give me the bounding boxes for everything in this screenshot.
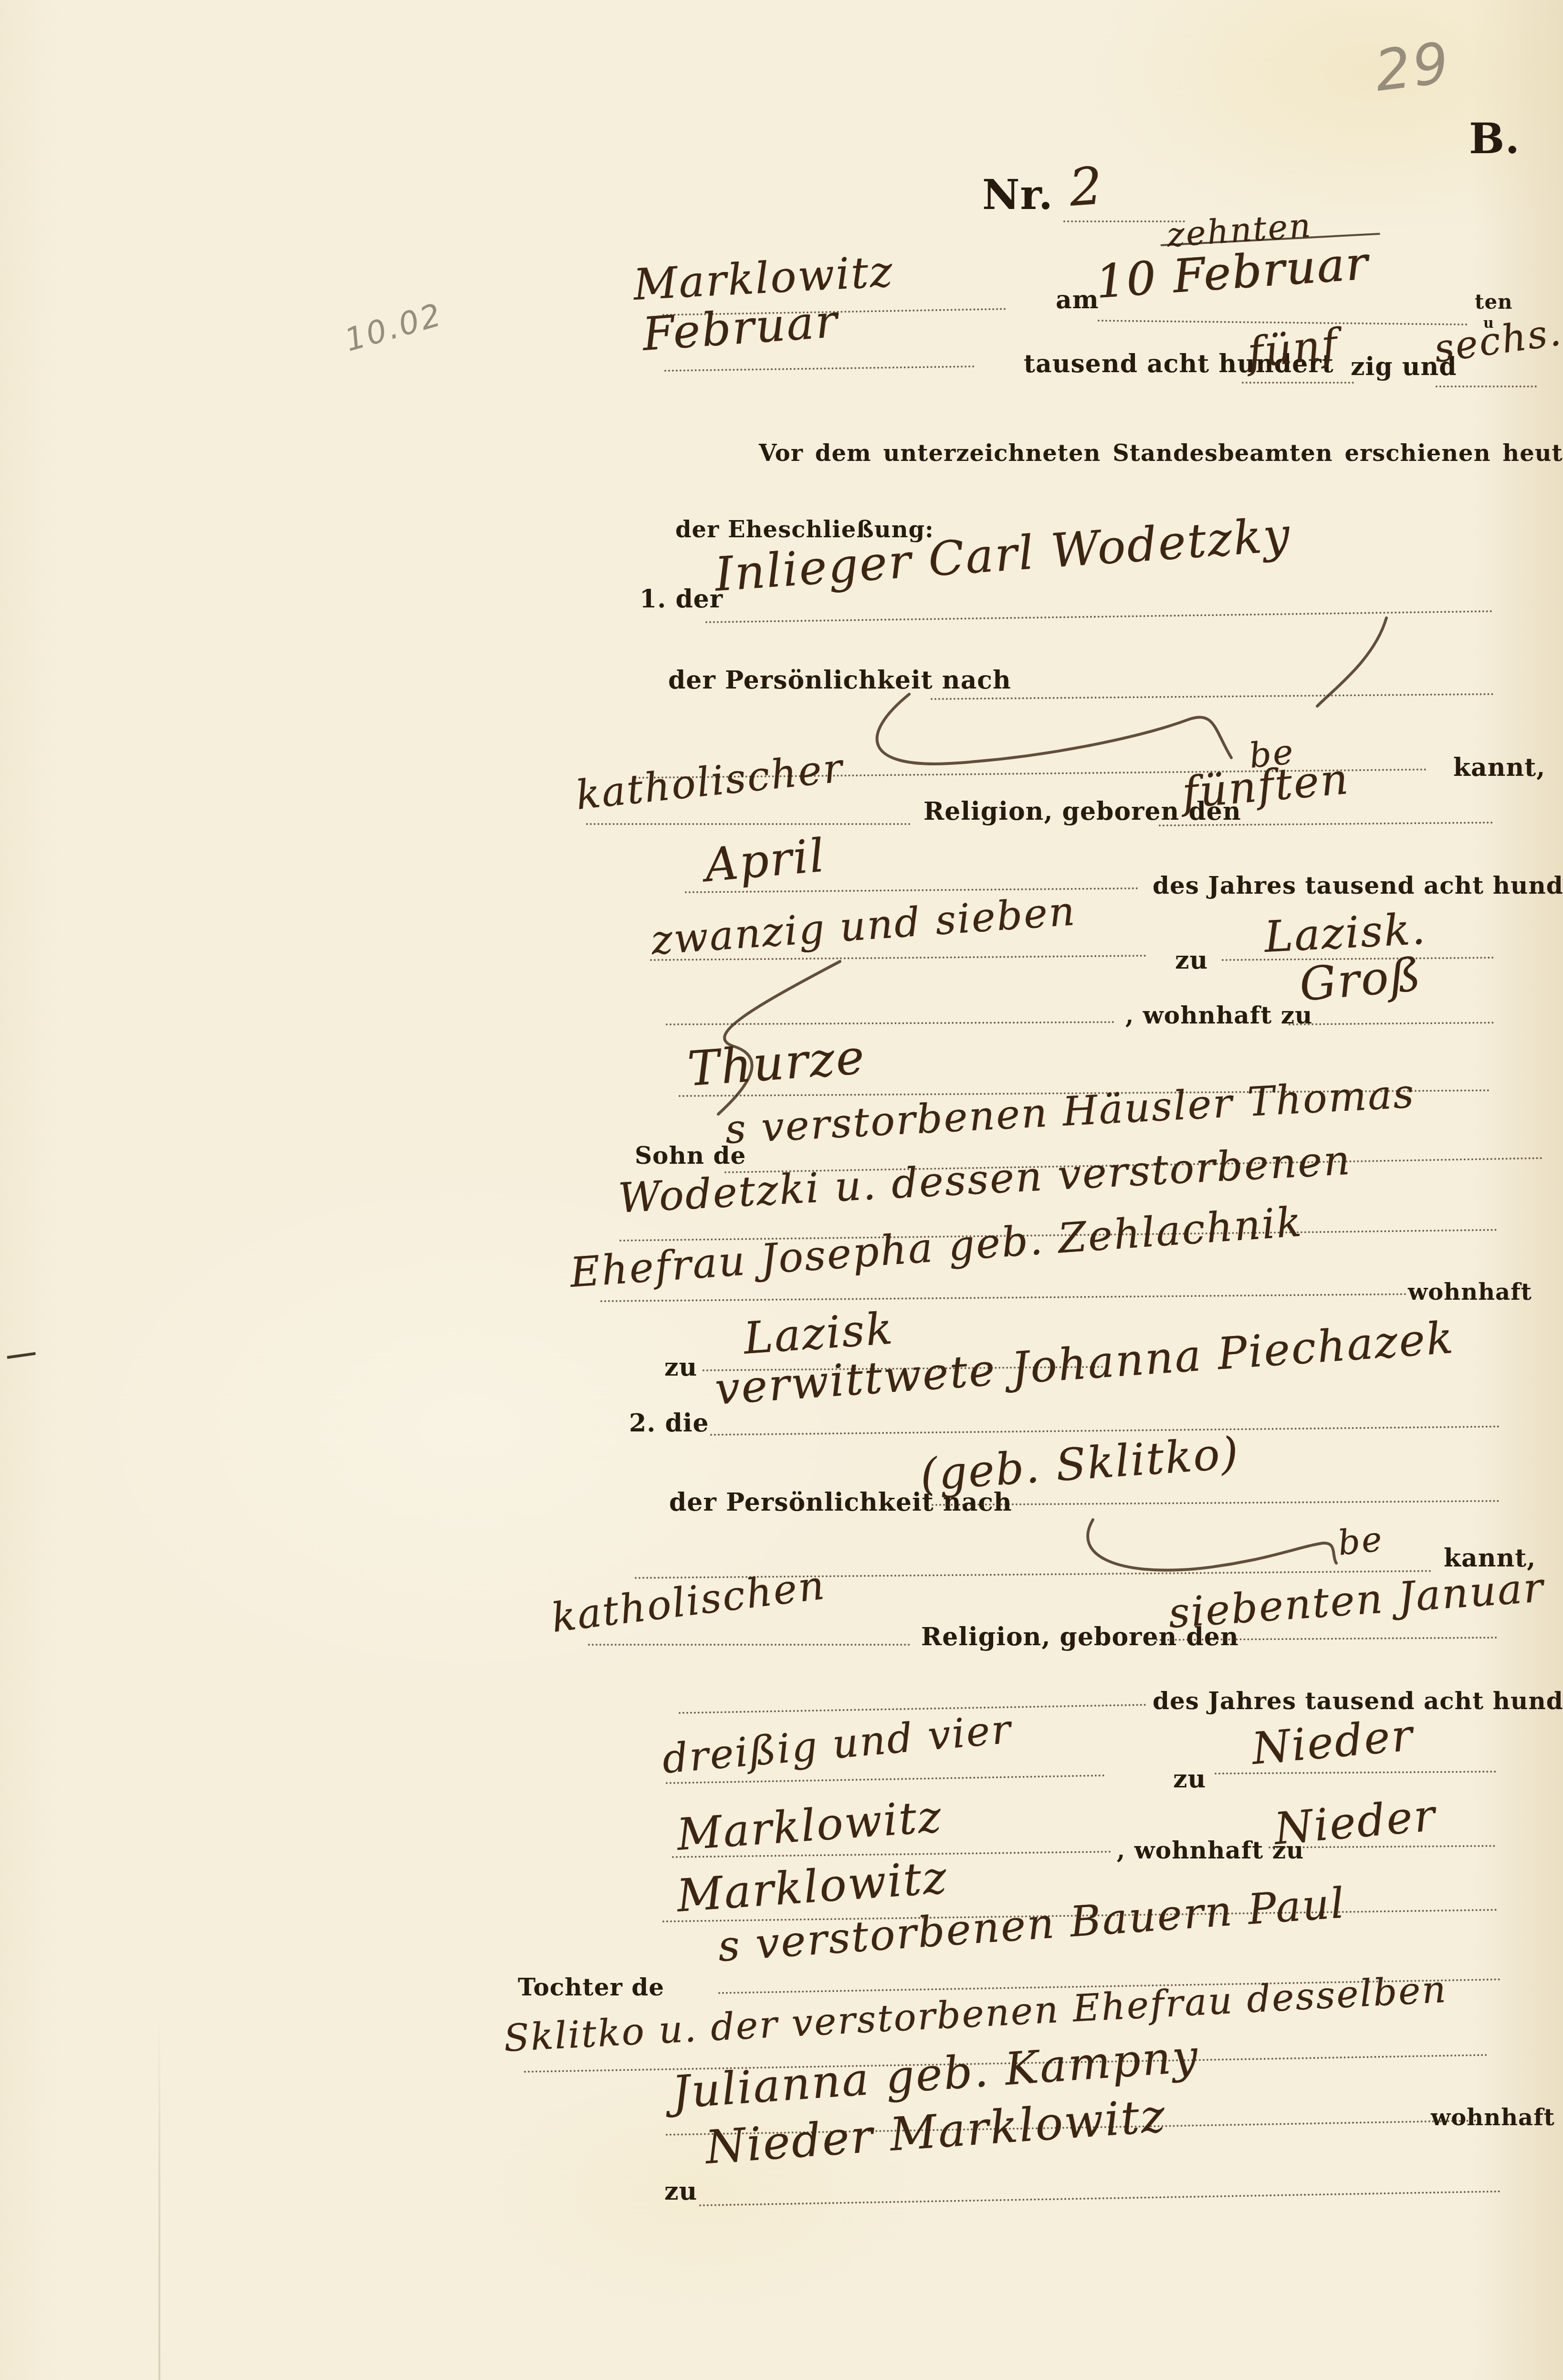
groom-zu-label: zu (1175, 946, 1208, 975)
groom-wohnhaft-zu-label: , wohnhaft zu (1125, 1001, 1312, 1029)
bride-parents-zu-label: zu (664, 2177, 697, 2206)
groom-birth-day-handwritten: fünften (1180, 754, 1352, 818)
dotted-line (664, 365, 975, 372)
record-number-label: Nr. (982, 171, 1053, 219)
bride-birth-year-handwritten: dreißig und vier (660, 1705, 1014, 1783)
printed-am-label: am (1056, 285, 1099, 314)
bride-year-label: des Jahres tausend acht hundert (1153, 1687, 1563, 1715)
groom-parents-zu-label: zu (664, 1353, 697, 1382)
printed-ten-suffix: ten (1475, 290, 1513, 313)
bride-maiden-name-handwritten: (geb. Sklitko) (919, 1428, 1241, 1501)
dotted-line (699, 2191, 1501, 2206)
margin-ink-mark (7, 1352, 36, 1359)
bride-birth-place-b-handwritten: Marklowitz (675, 1791, 944, 1860)
dotted-line (710, 1426, 1500, 1436)
groom-year-label: des Jahres tausend acht hundert (1153, 871, 1563, 899)
dotted-line (931, 693, 1494, 700)
dotted-line (666, 1021, 1114, 1025)
groom-wohnhaft-label: wohnhaft (1408, 1279, 1532, 1305)
dotted-line (586, 823, 911, 825)
groom-religion-handwritten: katholischer (574, 744, 846, 819)
year-tens-handwritten: fünf (1245, 319, 1341, 377)
pencil-margin-note: 10.02 (341, 296, 447, 359)
groom-birth-year-handwritten: zwanzig und sieben (650, 887, 1078, 964)
bride-birth-place-a-handwritten: Nieder (1250, 1710, 1416, 1775)
groom-residence-a-handwritten: Groß (1297, 948, 1424, 1012)
bride-wohnhaft-label: wohnhaft (1431, 2104, 1555, 2131)
groom-birth-month-handwritten: April (703, 828, 828, 892)
bride-residence-a-handwritten: Nieder (1272, 1790, 1438, 1855)
flourish-stroke-groom (877, 694, 1231, 764)
dotted-line (1436, 386, 1537, 387)
dotted-line (1242, 382, 1354, 384)
bride-item-label: 2. die (629, 1409, 709, 1438)
form-corner-letter: B. (1469, 114, 1520, 163)
groom-residence-b-handwritten: Thurze (686, 1029, 867, 1097)
dotted-line (932, 1500, 1500, 1506)
groom-identity-label: der Persönlichkeit nach (668, 666, 1011, 695)
pencil-page-number: 29 (1371, 30, 1454, 104)
date-day-month-handwritten: 10 Februar (1094, 236, 1371, 309)
page-crease-shadow (158, 2018, 160, 2380)
marriage-record-page: 29 B. 10.02 Nr. 2 zehnten Marklowitz am … (0, 0, 1563, 2380)
bride-religion-handwritten: katholischen (549, 1561, 828, 1641)
bride-birth-day-handwritten: siebenten Januar (1167, 1564, 1546, 1638)
dotted-line (588, 1644, 910, 1646)
dotted-line (600, 1293, 1407, 1302)
bride-zu-label: zu (1173, 1764, 1206, 1794)
bride-bekannt-prefix-handwritten: be (1336, 1519, 1385, 1563)
bride-daughter-label: Tochter de (518, 1973, 664, 2001)
year-ones-handwritten: sechs. (1431, 309, 1563, 371)
groom-item-label: 1. der (640, 585, 723, 614)
intro-paragraph-line1: Vor dem unterzeichneten Standesbeamten e… (759, 440, 1563, 467)
groom-kannt-label: kannt, (1453, 753, 1545, 782)
record-number-value: 2 (1067, 156, 1105, 218)
dotted-line (705, 610, 1493, 623)
flourish-stroke-bride (1088, 1520, 1336, 1570)
dotted-line (679, 1704, 1146, 1714)
flourish-stroke-name-tail (1317, 618, 1386, 706)
dotted-line (1289, 1022, 1494, 1025)
